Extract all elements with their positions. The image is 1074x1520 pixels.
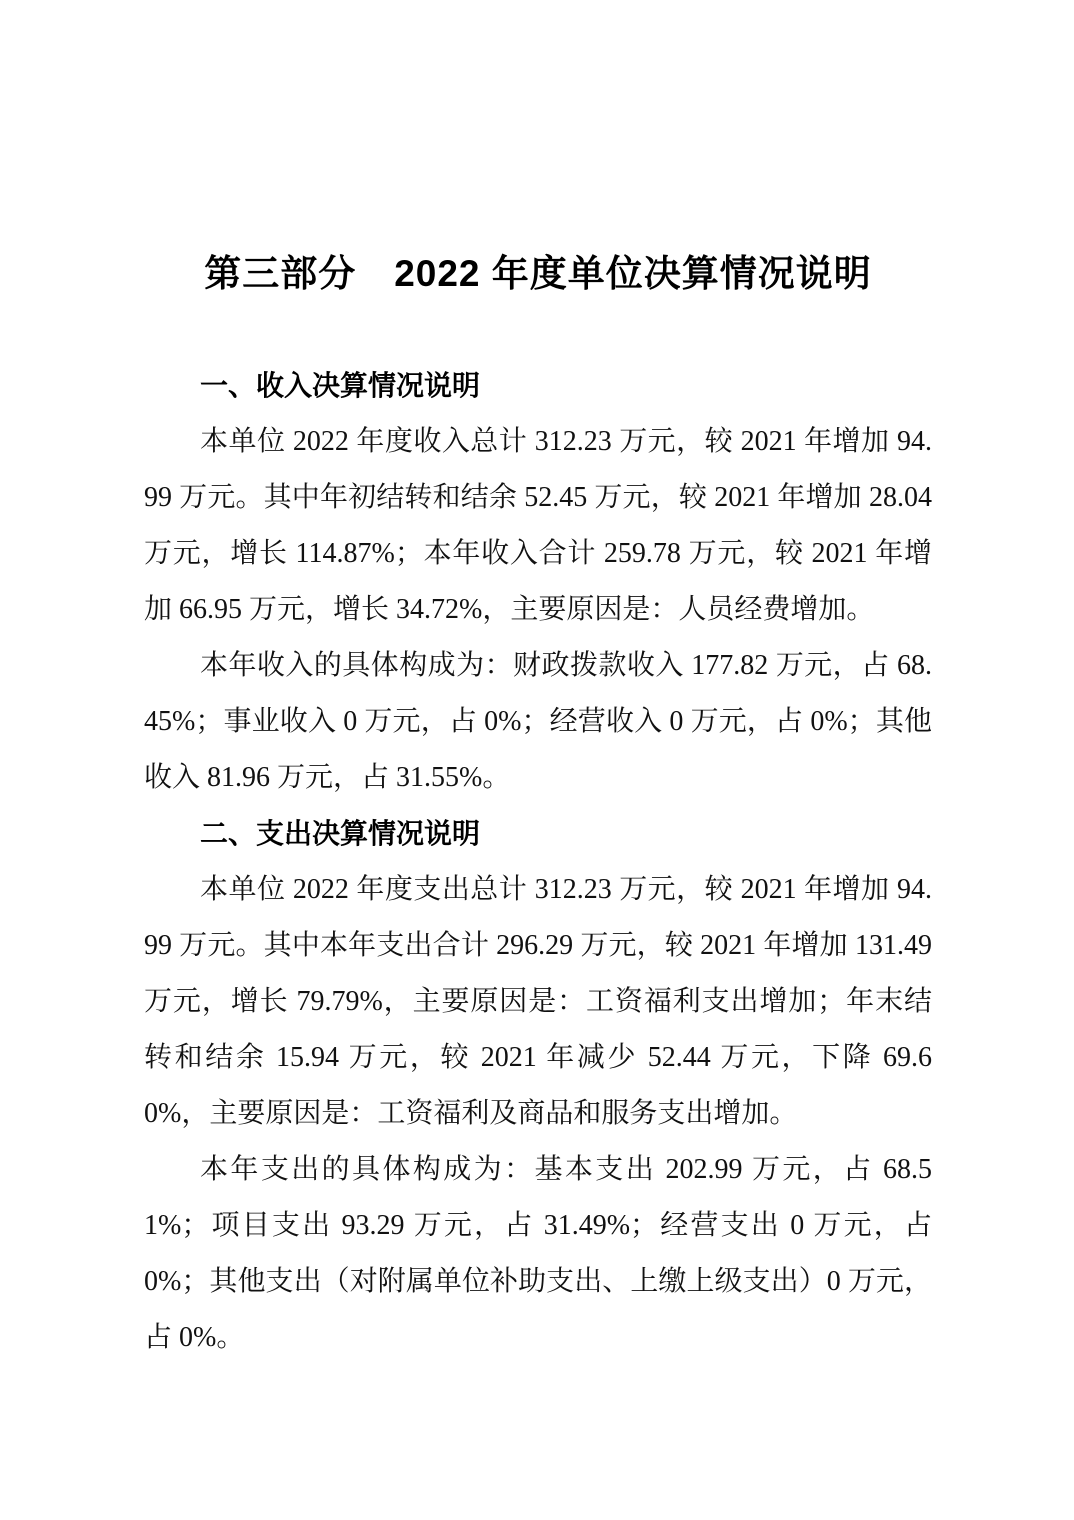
section-heading-expenditure: 二、支出决算情况说明 (144, 806, 932, 862)
expenditure-total-paragraph: 本单位 2022 年度支出总计 312.23 万元，较 2021 年增加 94.… (144, 862, 932, 1142)
document-title: 第三部分 2022 年度单位决算情况说明 (144, 246, 932, 302)
income-total-paragraph: 本单位 2022 年度收入总计 312.23 万元，较 2021 年增加 94.… (144, 414, 932, 638)
income-composition-paragraph: 本年收入的具体构成为：财政拨款收入 177.82 万元，占 68.45%；事业收… (144, 638, 932, 806)
document-page: 第三部分 2022 年度单位决算情况说明 一、收入决算情况说明 本单位 2022… (0, 0, 1074, 1520)
section-heading-income: 一、收入决算情况说明 (144, 358, 932, 414)
expenditure-composition-paragraph: 本年支出的具体构成为：基本支出 202.99 万元，占 68.51%；项目支出 … (144, 1142, 932, 1366)
document-content: 第三部分 2022 年度单位决算情况说明 一、收入决算情况说明 本单位 2022… (0, 0, 1074, 1366)
